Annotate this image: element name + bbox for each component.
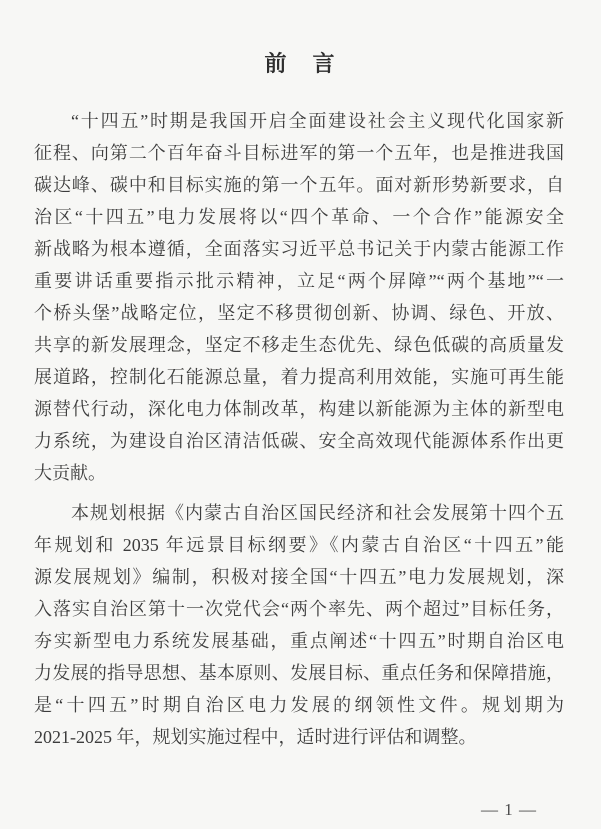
paragraph-2: 本规划根据《内蒙古自治区国民经济和社会发展第十四个五 年规划和 2035 年远景… — [34, 497, 564, 753]
text-line: 本规划根据《内蒙古自治区国民经济和社会发展第十四个五 — [34, 497, 564, 529]
paragraph-1: “十四五”时期是我国开启全面建设社会主义现代化国家新 征程、向第二个百年奋斗目标… — [34, 105, 564, 489]
text-line: 重要讲话重要指示批示精神，立足“两个屏障”“两个基地”“一 — [34, 265, 564, 297]
text-line: 新战略为根本遵循，全面落实习近平总书记关于内蒙古能源工作 — [34, 233, 564, 265]
text-line: 力发展的指导思想、基本原则、发展目标、重点任务和保障措施， — [34, 657, 564, 689]
text-line: 夯实新型电力系统发展基础，重点阐述“十四五”时期自治区电 — [34, 625, 564, 657]
text-line: 共享的新发展理念，坚定不移走生态优先、绿色低碳的高质量发 — [34, 329, 564, 361]
text-line: 2021-2025 年，规划实施过程中，适时进行评估和调整。 — [34, 721, 564, 753]
text-line: 征程、向第二个百年奋斗目标进军的第一个五年，也是推进我国 — [34, 137, 564, 169]
text-line: 碳达峰、碳中和目标实施的第一个五年。面对新形势新要求，自 — [34, 169, 564, 201]
text-line: 个桥头堡”战略定位，坚定不移贯彻创新、协调、绿色、开放、 — [34, 297, 564, 329]
text-line: 展道路，控制化石能源总量，着力提高利用效能，实施可再生能 — [34, 361, 564, 393]
text-line: 力系统，为建设自治区清洁低碳、安全高效现代能源体系作出更 — [34, 425, 564, 457]
text-line: 源替代行动，深化电力体制改革，构建以新能源为主体的新型电 — [34, 393, 564, 425]
text-line: 入落实自治区第十一次党代会“两个率先、两个超过”目标任务， — [34, 593, 564, 625]
preface-body: “十四五”时期是我国开启全面建设社会主义现代化国家新 征程、向第二个百年奋斗目标… — [34, 105, 564, 753]
text-line: 大贡献。 — [34, 457, 564, 489]
text-line: “十四五”时期是我国开启全面建设社会主义现代化国家新 — [34, 105, 564, 137]
page-title: 前 言 — [0, 47, 601, 78]
text-line: 年规划和 2035 年远景目标纲要》《内蒙古自治区“十四五”能 — [34, 529, 564, 561]
text-line: 治区“十四五”电力发展将以“四个革命、一个合作”能源安全 — [34, 201, 564, 233]
page-number: — 1 — — [481, 799, 537, 821]
text-line: 是“十四五”时期自治区电力发展的纲领性文件。规划期为 — [34, 689, 564, 721]
text-line: 源发展规划》编制，积极对接全国“十四五”电力发展规划，深 — [34, 561, 564, 593]
document-page: 前 言 “十四五”时期是我国开启全面建设社会主义现代化国家新 征程、向第二个百年… — [0, 0, 601, 829]
